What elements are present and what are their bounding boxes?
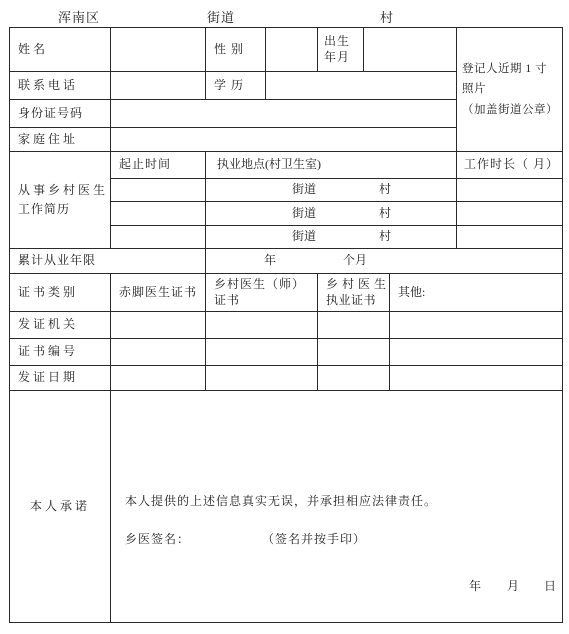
phone-label: 联系电话: [10, 72, 111, 100]
authority-barefoot-field[interactable]: [111, 312, 206, 339]
barefoot-doctor-cert-header: 赤脚医生证书: [111, 274, 206, 312]
date-line: 年月日: [469, 579, 556, 595]
number-practice-field[interactable]: [318, 339, 390, 366]
practice-location-header: 执业地点(村卫生室): [206, 152, 457, 179]
authority-shi-field[interactable]: [206, 312, 318, 339]
registration-form-table: 姓名 性别 出生 年月 登记人近期 1 寸 照片 （加盖街道公章） 联系电话 学…: [9, 27, 563, 623]
date-other-field[interactable]: [390, 366, 563, 391]
history-2-duration-field[interactable]: [457, 202, 563, 226]
issue-date-label: 发证日期: [10, 366, 111, 391]
number-shi-field[interactable]: [206, 339, 318, 366]
id-number-field[interactable]: [111, 100, 457, 128]
date-barefoot-field[interactable]: [111, 366, 206, 391]
number-barefoot-field[interactable]: [111, 339, 206, 366]
village-suffix-label: 村: [379, 182, 391, 196]
signature-note: （签名并按手印）: [262, 532, 366, 546]
authority-other-field[interactable]: [390, 312, 563, 339]
work-history-section-label: 从事乡村医生 工作简历: [10, 152, 111, 249]
start-end-time-header: 起止时间: [111, 152, 206, 179]
history-1-location-field[interactable]: 街道 村: [206, 179, 457, 202]
signature-label: 乡医签名：: [125, 532, 190, 546]
name-field[interactable]: [111, 28, 206, 72]
phone-field[interactable]: [111, 72, 206, 100]
name-label: 姓名: [10, 28, 111, 72]
history-2-location-field[interactable]: 街道 村: [206, 202, 457, 226]
signature-field[interactable]: [190, 529, 262, 543]
authority-practice-field[interactable]: [318, 312, 390, 339]
other-cert-field[interactable]: 其他:: [390, 274, 563, 312]
date-month-label: 月: [507, 579, 519, 593]
history-1-time-field[interactable]: [111, 179, 206, 202]
street-suffix-label: 街道: [207, 7, 235, 26]
education-label: 学历: [206, 72, 266, 100]
village-suffix-label: 村: [379, 206, 391, 220]
address-label: 家庭住址: [10, 128, 111, 152]
photo-instruction-line2: 照片: [462, 79, 559, 99]
photo-instruction-line1: 登记人近期 1 寸: [462, 59, 559, 79]
history-2-time-field[interactable]: [111, 202, 206, 226]
issuing-authority-label: 发证机关: [10, 312, 111, 339]
village-suffix-label: 村: [380, 7, 394, 26]
date-practice-field[interactable]: [318, 366, 390, 391]
total-years-field[interactable]: 年 个月: [206, 249, 563, 274]
village-doctor-practice-cert-header: 乡村医生 执业证书: [318, 274, 390, 312]
street-suffix-label: 街道: [292, 182, 316, 196]
district-label: 浑南区: [58, 7, 100, 26]
date-year-label: 年: [469, 579, 481, 593]
total-years-label: 累计从业年限: [10, 249, 206, 274]
month-unit-label: 个月: [343, 253, 367, 267]
education-field[interactable]: [266, 72, 457, 100]
commitment-content: 本人提供的上述信息真实无误，并承担相应法律责任。 乡医签名：（签名并按手印） 年…: [111, 391, 563, 623]
date-shi-field[interactable]: [206, 366, 318, 391]
form-title-bar: 浑南区 街道 村: [0, 7, 569, 25]
photo-instruction-box: 登记人近期 1 寸 照片 （加盖街道公章）: [457, 28, 563, 152]
commitment-statement: 本人提供的上述信息真实无误，并承担相应法律责任。: [125, 494, 437, 510]
gender-label: 性别: [206, 28, 266, 72]
signature-line: 乡医签名：（签名并按手印）: [125, 529, 366, 548]
birth-date-field[interactable]: [364, 28, 457, 72]
certificate-type-label: 证书类别: [10, 274, 111, 312]
id-number-label: 身份证号码: [10, 100, 111, 128]
commitment-label: 本人承诺: [10, 391, 111, 623]
village-suffix-label: 村: [379, 229, 391, 243]
street-suffix-label: 街道: [292, 229, 316, 243]
number-other-field[interactable]: [390, 339, 563, 366]
photo-instruction-line3: （加盖街道公章）: [462, 100, 559, 120]
work-duration-header: 工作时长（ 月）: [457, 152, 563, 179]
certificate-number-label: 证书编号: [10, 339, 111, 366]
year-unit-label: 年: [264, 253, 276, 267]
history-1-duration-field[interactable]: [457, 179, 563, 202]
village-doctor-shi-cert-header: 乡村医生（师） 证书: [206, 274, 318, 312]
birth-date-label: 出生 年月: [318, 28, 364, 72]
history-3-time-field[interactable]: [111, 226, 206, 249]
street-suffix-label: 街道: [292, 206, 316, 220]
scanned-form-page: 浑南区 街道 村 姓名 性别 出生 年月 登记人近期 1 寸 照片 （加盖街道公…: [0, 0, 569, 634]
address-field[interactable]: [111, 128, 457, 152]
history-3-location-field[interactable]: 街道 村: [206, 226, 457, 249]
gender-field[interactable]: [266, 28, 318, 72]
history-3-duration-field[interactable]: [457, 226, 563, 249]
date-day-label: 日: [544, 579, 556, 593]
